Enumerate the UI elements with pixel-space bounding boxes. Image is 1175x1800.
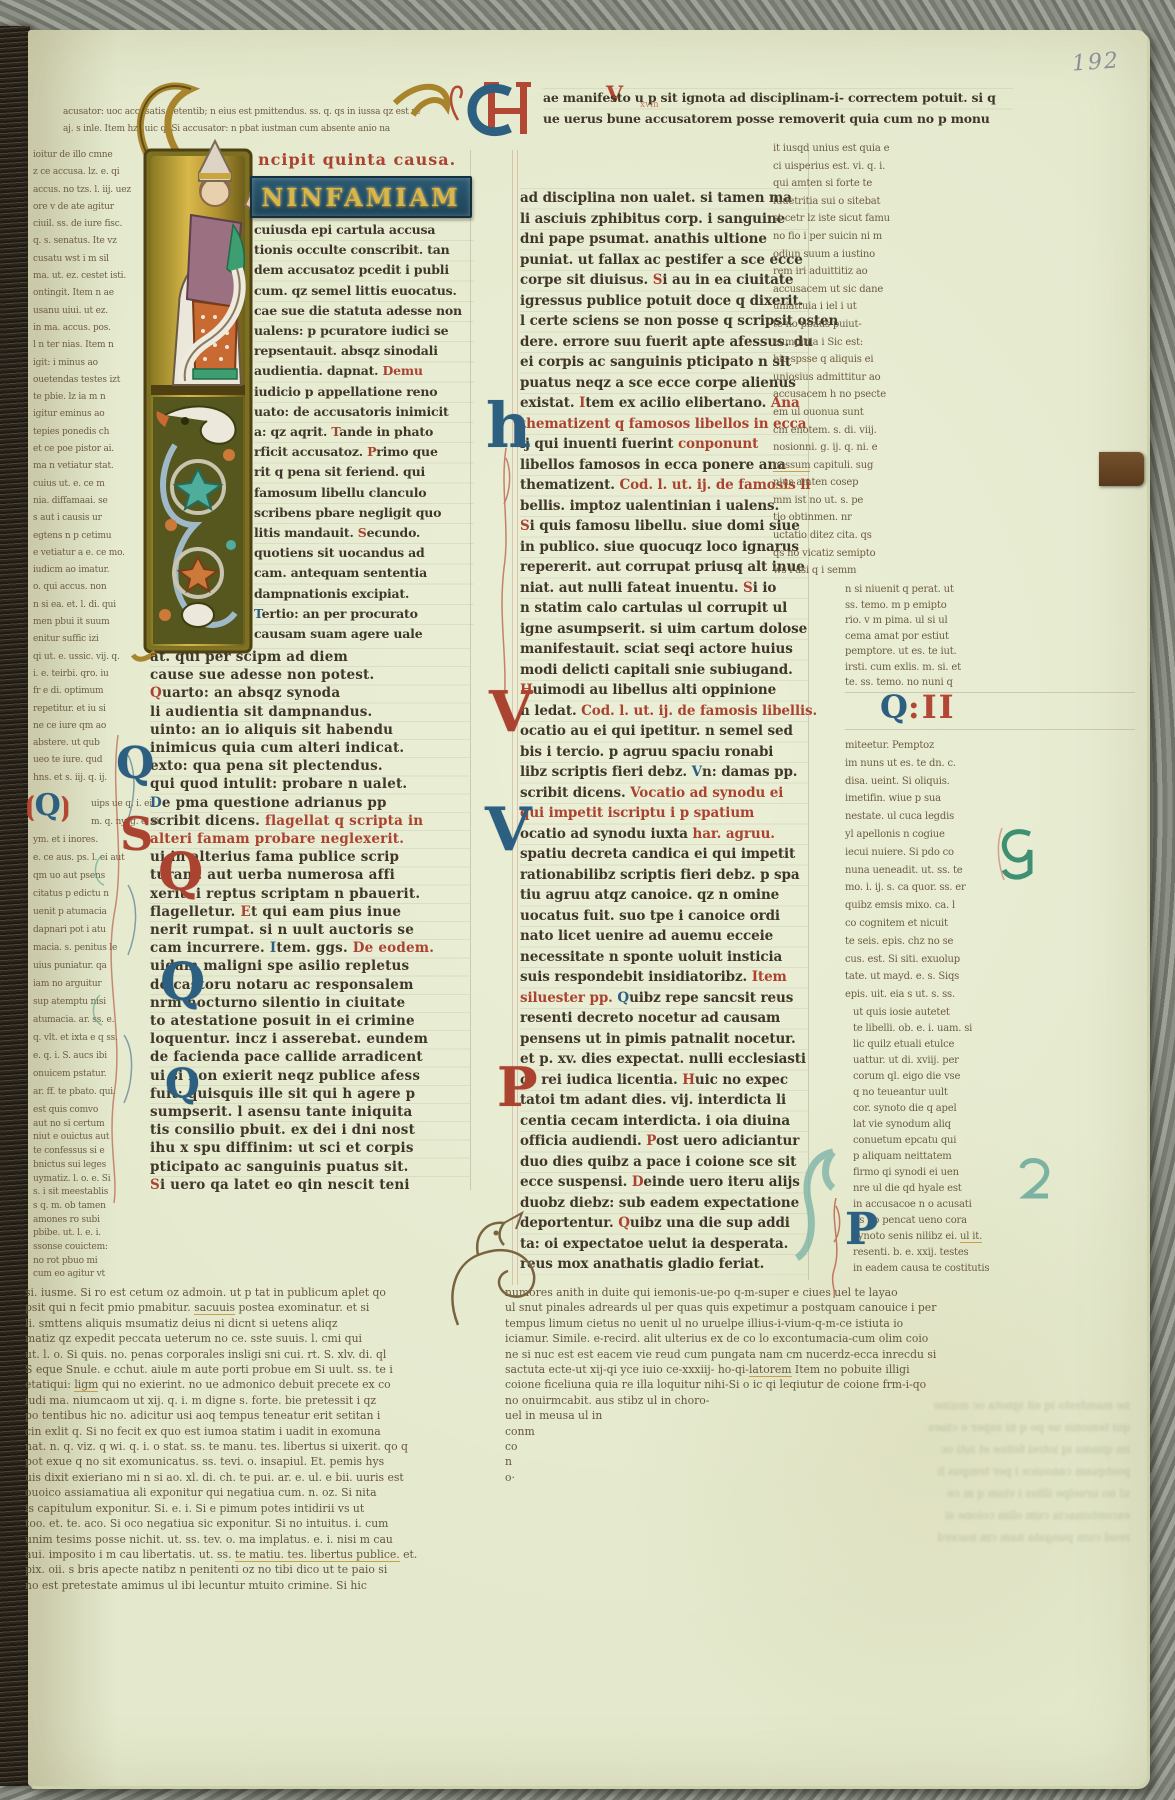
top-overflow-lines: ae manifesto u p sit ignota ad disciplin… [543, 88, 1013, 129]
decorated-initial-s: S [120, 816, 153, 853]
decorated-initial-q: Q [160, 962, 205, 1004]
decorated-initial-p: P [497, 1066, 538, 1109]
decorated-initial-q: Q [158, 852, 203, 894]
right-margin-gloss-upper: it iusqd unius est quia eci uisperius es… [773, 140, 1013, 580]
green-paraph-icon [996, 824, 1040, 884]
decorated-initial-v: V [489, 690, 532, 735]
display-capitals-text: NINFAMIAM [261, 183, 460, 212]
decorated-initial-q: Q [165, 1068, 200, 1100]
pen-flourish-gutter-icon [494, 448, 516, 708]
leather-tab [1099, 452, 1144, 486]
quaestio-marker-right: Q:II [880, 688, 956, 726]
teal-paraph-icon [1014, 1156, 1054, 1206]
manuscript-photo: 192 V xvm acusator: uoc accusatis uetent… [0, 0, 1175, 1800]
left-column-lower-text: at. qui per scipm ad diemcause sue adess… [150, 648, 470, 1194]
ruling-line [845, 729, 1135, 730]
bottom-commentary-left: si. iusme. Si ro est cetum oz admoin. ut… [25, 1285, 475, 1593]
decorated-initial-q: Q [116, 746, 154, 781]
right-margin-gloss-block4: ut quis iosie autetette libelli. ob. e. … [853, 1005, 1023, 1277]
folio-number: 192 [1071, 48, 1121, 76]
right-column-text: ad disciplina non ualet. si tamen mali a… [520, 188, 808, 1275]
rubric-incipit: ncipit quinta causa. [258, 150, 473, 169]
left-column-upper-text: cuiusda epi cartula accusationis occulte… [254, 220, 474, 644]
right-margin-gloss-block3: miteetur. Pemptozim nuns ut es. te dn. c… [845, 737, 1015, 1004]
decorated-initial-p: P [845, 1212, 878, 1247]
pen-flourish-dragon-icon [438, 1195, 543, 1335]
pen-flourish-red-icon [826, 1198, 846, 1298]
display-capitals-band: NINFAMIAM [250, 176, 472, 218]
decorated-initial-v: V [485, 806, 532, 854]
left-margin-gloss-upper: ioitur de illo cmnez ce accusa. lz. e. q… [33, 147, 143, 787]
decorated-initial-h: h [486, 401, 531, 451]
right-margin-gloss-block2: n si niuenit q perat. utss. temo. m p em… [845, 582, 1015, 691]
showthrough-ghost-text: ne mamfesto iq sit ignota oc muinequi te… [610, 1395, 1130, 1549]
pen-flourish-left-filigree-icon [88, 735, 150, 1205]
